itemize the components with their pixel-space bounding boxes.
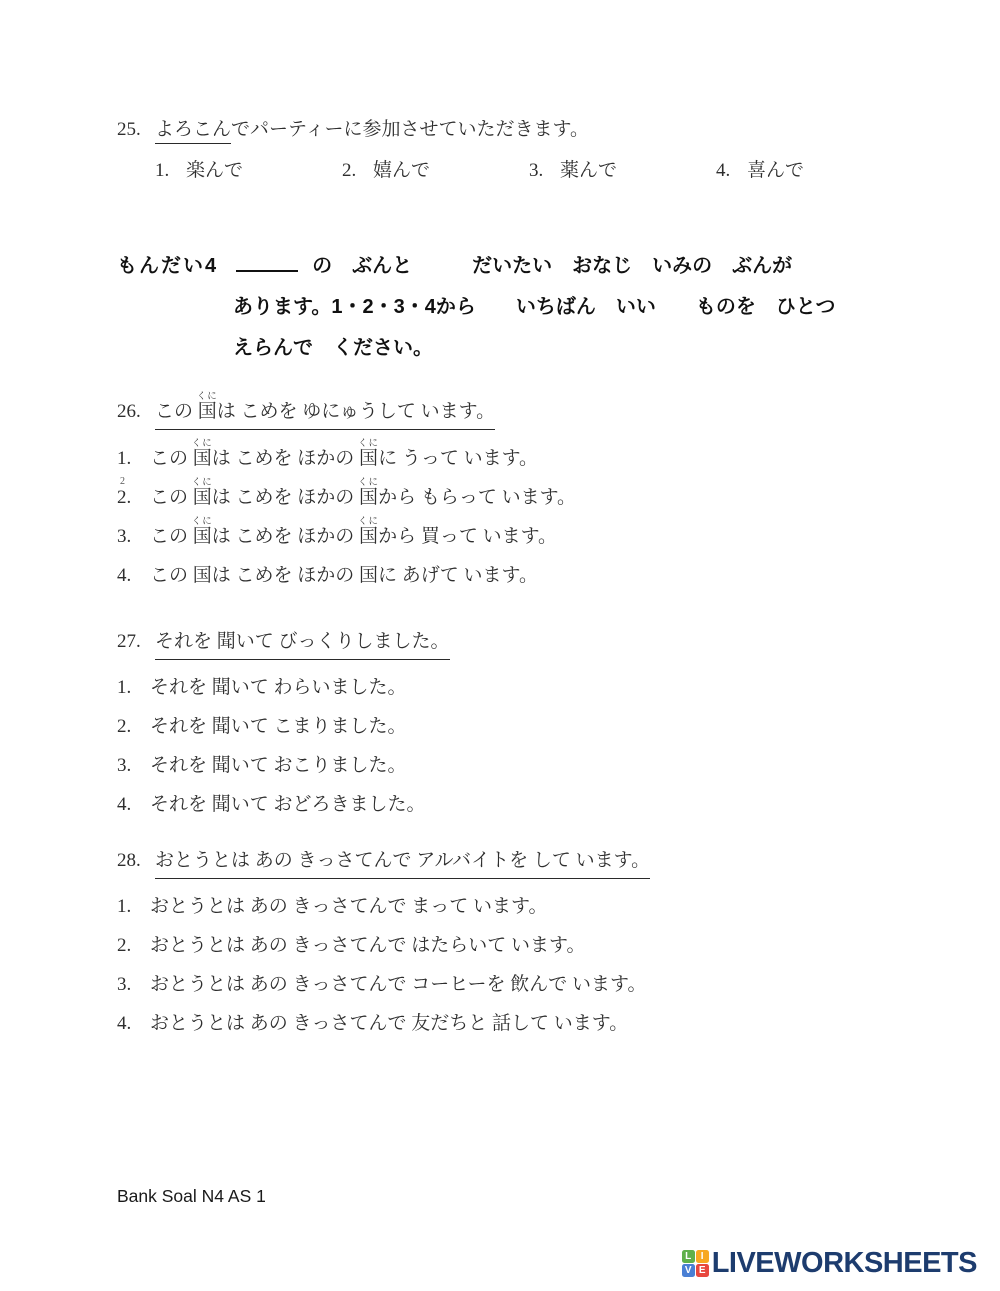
section-title: もんだい4 <box>117 246 218 287</box>
option-number: 4. <box>117 793 150 817</box>
underlined-sentence: この 国くには こめを ゆにゅうして います。 <box>155 392 495 430</box>
option-text: それを 聞いて おどろきました。 <box>150 793 426 817</box>
question-27-stem: 27. それを 聞いて びっくりしました。 <box>117 630 450 660</box>
question-27: 27. それを 聞いて びっくりしました。 1.それを 聞いて わらいました。 … <box>117 630 450 817</box>
option-4: 4.それを 聞いて おどろきました。 <box>117 793 450 817</box>
option-number: 4. <box>117 1012 150 1036</box>
option-number: 4. <box>117 564 150 588</box>
logo-tile-v: V <box>682 1264 695 1277</box>
option-number: 2. <box>117 486 150 510</box>
option-2: 2 2. この 国くには こめを ほかの 国くにから もらって います。 <box>117 478 576 510</box>
question-28-options: 1.おとうとは あの きっさてんで まって います。 2.おとうとは あの きっ… <box>117 895 650 1036</box>
option-text: おとうとは あの きっさてんで コーヒーを 飲んで います。 <box>150 973 646 997</box>
option-number: 1. <box>155 160 186 182</box>
header-line-3: えらんで ください。 <box>233 328 836 369</box>
kanji-with-furigana: 国くに <box>193 526 212 547</box>
option-number: 1. <box>117 447 150 471</box>
option-text: 嬉んで <box>373 155 430 182</box>
question-28-stem: 28. おとうとは あの きっさてんで アルバイトを して います。 <box>117 849 650 879</box>
option-number: 2. <box>117 715 150 739</box>
option-2: 2.おとうとは あの きっさてんで はたらいて います。 <box>117 934 650 958</box>
option-number: 3. <box>117 973 150 997</box>
blank-underline <box>236 250 298 272</box>
option-text: この 国は こめを ほかの 国に あげて います。 <box>150 564 538 588</box>
option-text: 楽んで <box>186 155 243 182</box>
stem-seg: この <box>155 401 198 422</box>
kanji-with-furigana: 国くに <box>359 448 378 469</box>
option-text: おとうとは あの きっさてんで まって います。 <box>150 895 547 919</box>
option-number: 4. <box>716 160 747 182</box>
question-25: 25. よろこんでパーティーに参加させていただきます。 1.楽んで 2.嬉んで … <box>117 118 903 182</box>
option-text: それを 聞いて こまりました。 <box>150 715 407 739</box>
header-line-1: もんだい4 の ぶんと だいたい おなじ いみの ぶんが <box>117 246 836 287</box>
option-text: 喜んで <box>747 155 804 182</box>
scan-artifact: 2 <box>120 477 125 487</box>
option-text: 薬んで <box>560 155 617 182</box>
option-4: 4.喜んで <box>716 155 903 182</box>
option-1: 1.おとうとは あの きっさてんで まって います。 <box>117 895 650 919</box>
question-27-options: 1.それを 聞いて わらいました。 2.それを 聞いて こまりました。 3.それ… <box>117 676 450 817</box>
option-3: 3.薬んで <box>529 155 716 182</box>
kanji-with-furigana: 国くに <box>359 487 378 508</box>
option-1: 1.楽んで <box>155 155 342 182</box>
liveworksheets-logo[interactable]: L I V E LIVEWORKSHEETS <box>682 1249 977 1278</box>
question-28: 28. おとうとは あの きっさてんで アルバイトを して います。 1.おとう… <box>117 849 650 1036</box>
option-text: この 国くには こめを ほかの 国くにから もらって います。 <box>150 478 576 510</box>
kanji-with-furigana: 国くに <box>359 526 378 547</box>
option-number: 1. <box>117 676 150 700</box>
question-number: 27. <box>117 630 155 654</box>
logo-tile-l: L <box>682 1250 695 1263</box>
question-text: よろこんでパーティーに参加させていただきます。 <box>155 118 589 142</box>
option-number: 2. <box>342 160 373 182</box>
footer-label: Bank Soal N4 AS 1 <box>117 1186 266 1207</box>
liveworksheets-wordmark: LIVEWORKSHEETS <box>712 1249 977 1278</box>
header-line-1-text: の ぶんと だいたい おなじ いみの ぶんが <box>312 246 792 287</box>
option-number: 3. <box>529 160 560 182</box>
kanji-with-furigana: 国くに <box>193 448 212 469</box>
kanji-with-furigana: 国くに <box>198 401 217 422</box>
option-3: 3. この 国くには こめを ほかの 国くにから 買って います。 <box>117 517 576 549</box>
worksheet-page: 25. よろこんでパーティーに参加させていただきます。 1.楽んで 2.嬉んで … <box>0 0 1000 1291</box>
section-header-mondai4: もんだい4 の ぶんと だいたい おなじ いみの ぶんが あります。1・2・3・… <box>117 246 836 369</box>
underlined-word: よろこん <box>155 119 231 144</box>
option-text: おとうとは あの きっさてんで はたらいて います。 <box>150 934 585 958</box>
option-1: 1.それを 聞いて わらいました。 <box>117 676 450 700</box>
question-number: 28. <box>117 849 155 873</box>
option-text: それを 聞いて わらいました。 <box>150 676 407 700</box>
option-number: 2. <box>117 934 150 958</box>
option-text: この 国くには こめを ほかの 国くにに うって います。 <box>150 439 538 471</box>
option-number: 1. <box>117 895 150 919</box>
option-text: おとうとは あの きっさてんで 友だちと 話して います。 <box>150 1012 628 1036</box>
question-number: 25. <box>117 118 155 142</box>
question-26-stem: 26. この 国くには こめを ゆにゅうして います。 <box>117 392 576 430</box>
option-3: 3.おとうとは あの きっさてんで コーヒーを 飲んで います。 <box>117 973 650 997</box>
stem-rest: でパーティーに参加させていただきます。 <box>231 119 589 140</box>
header-line-2: あります。1・2・3・4から いちばん いい ものを ひとつ <box>233 287 836 328</box>
option-text: この 国くには こめを ほかの 国くにから 買って います。 <box>150 517 557 549</box>
question-25-options: 1.楽んで 2.嬉んで 3.薬んで 4.喜んで <box>155 155 903 182</box>
stem-seg: は こめを ゆにゅうして います。 <box>217 401 495 422</box>
question-number: 26. <box>117 400 155 424</box>
option-text: それを 聞いて おこりました。 <box>150 754 407 778</box>
logo-tile-e: E <box>696 1264 709 1277</box>
option-1: 1. この 国くには こめを ほかの 国くにに うって います。 <box>117 439 576 471</box>
underlined-sentence: それを 聞いて びっくりしました。 <box>155 630 450 660</box>
option-number: 3. <box>117 754 150 778</box>
underlined-sentence: おとうとは あの きっさてんで アルバイトを して います。 <box>155 849 650 879</box>
option-4: 4. この 国は こめを ほかの 国に あげて います。 <box>117 564 576 588</box>
kanji-with-furigana: 国くに <box>193 487 212 508</box>
option-number: 3. <box>117 525 150 549</box>
option-2: 2.それを 聞いて こまりました。 <box>117 715 450 739</box>
question-26: 26. この 国くには こめを ゆにゅうして います。 1. この 国くには こ… <box>117 392 576 588</box>
option-3: 3.それを 聞いて おこりました。 <box>117 754 450 778</box>
liveworksheets-icon: L I V E <box>682 1250 709 1277</box>
option-2: 2.嬉んで <box>342 155 529 182</box>
question-25-stem: 25. よろこんでパーティーに参加させていただきます。 <box>117 118 903 142</box>
logo-tile-i: I <box>696 1250 709 1263</box>
option-4: 4.おとうとは あの きっさてんで 友だちと 話して います。 <box>117 1012 650 1036</box>
